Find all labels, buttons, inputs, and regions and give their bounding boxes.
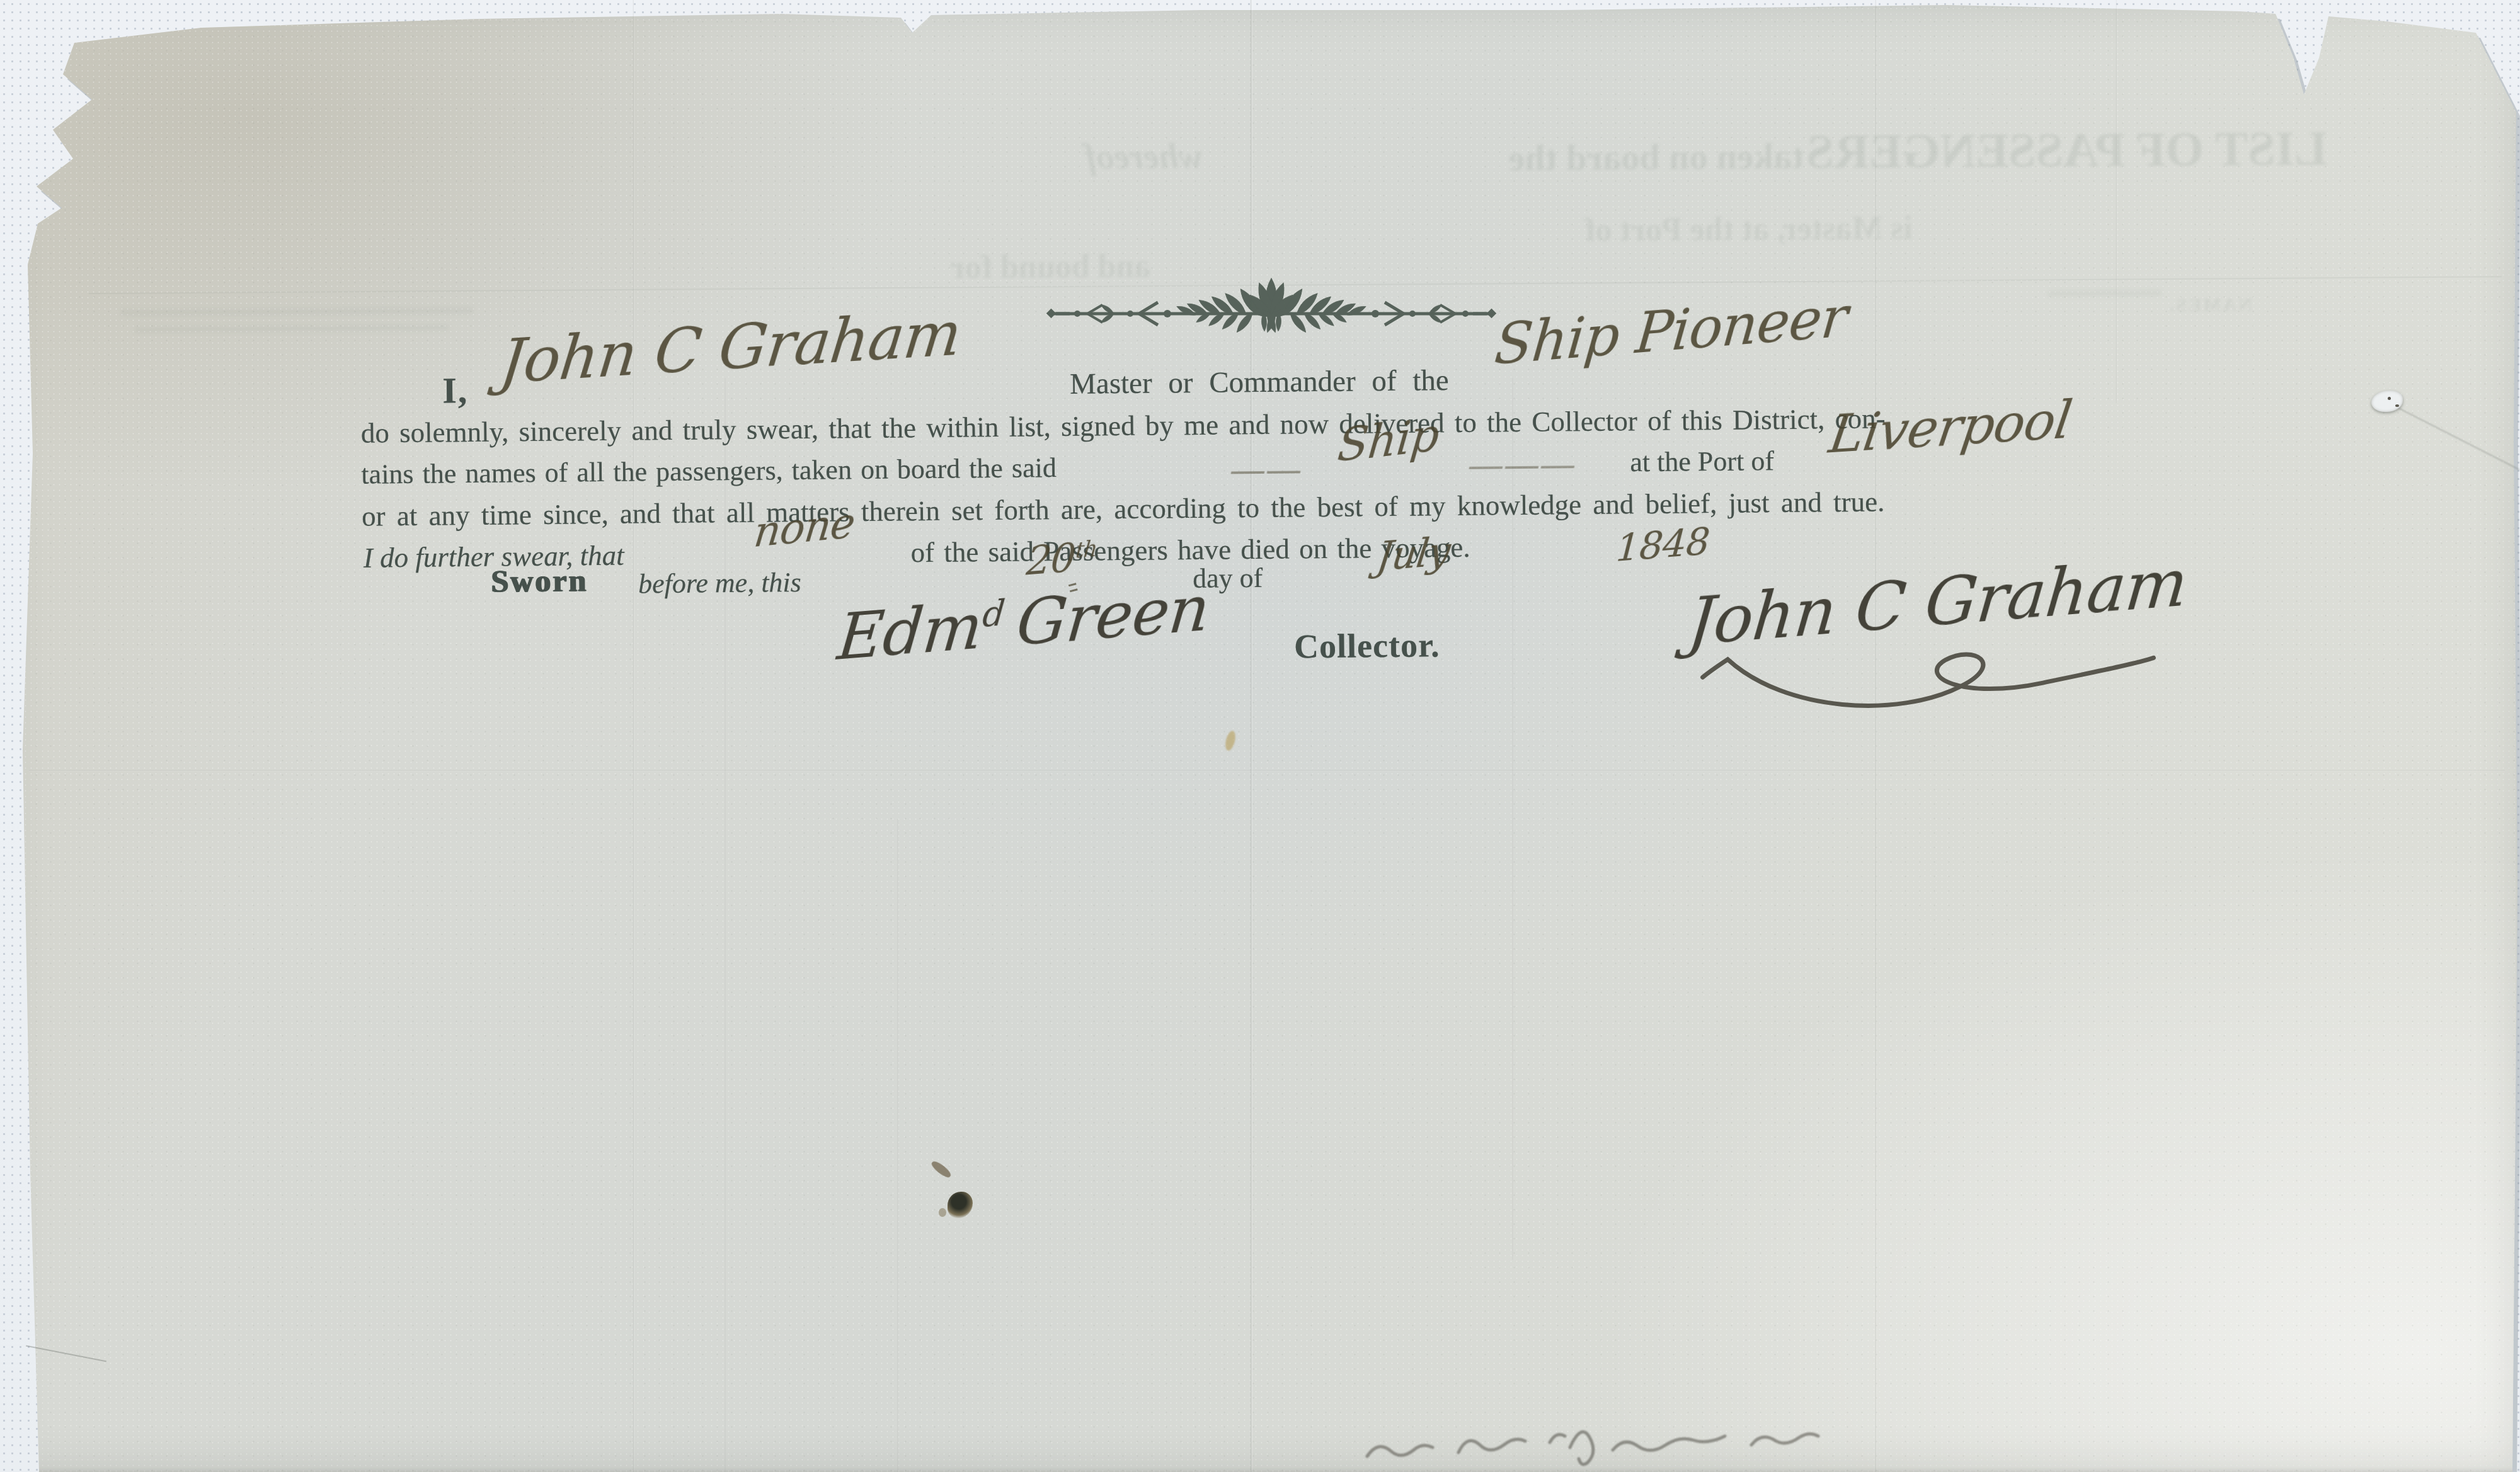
collector-signature-rest: Green — [1014, 571, 1213, 660]
bleedthrough-handwriting-fragment — [1348, 1416, 1865, 1472]
oath-text-block: I, John C Graham Master or Commander of … — [0, 0, 2520, 894]
day-number: 20 — [1024, 535, 1077, 585]
oath-line-swear: do solemnly, sincerely and truly swear, … — [361, 402, 1886, 449]
day-ordinal-suffix: th — [1075, 536, 1098, 563]
tear-hole-speck — [2388, 397, 2391, 400]
day-handwritten: 20th — [1024, 533, 1098, 585]
deaths-handwritten: none — [752, 498, 857, 557]
vessel-name-handwritten: Ship Pioneer — [1492, 284, 1850, 378]
handwritten-dash-right: ——— — [1467, 443, 1576, 487]
collector-signature-prefix: Edm — [835, 589, 985, 675]
before-me-italic: before me, this — [638, 566, 801, 600]
master-signature-flourish — [1690, 637, 2169, 724]
at-port-printed: at the Port of — [1630, 445, 1774, 478]
oath-opening-word: I, — [442, 369, 469, 411]
vessel-type-handwritten: Ship — [1336, 408, 1441, 473]
handwritten-dash-left: —— — [1229, 448, 1302, 491]
master-name-handwritten: John C Graham — [496, 298, 965, 397]
scanned-document-page: LIST OF PASSENGERS taken on board the wh… — [0, 0, 2520, 1472]
month-handwritten: July — [1374, 528, 1453, 580]
ink-blot-tail — [939, 1208, 946, 1217]
year-handwritten: 1848 — [1615, 519, 1710, 571]
port-handwritten: Liverpool — [1825, 390, 2075, 465]
tear-hole-speck — [2395, 404, 2399, 407]
bleedthrough-column-rule — [897, 819, 898, 1472]
oath-line-contains: tains the names of all the passengers, t… — [361, 452, 1057, 491]
collector-signature: EdmdGreen — [835, 571, 1213, 675]
master-title-printed: Master or Commander of the — [1070, 363, 1449, 401]
collector-title: Collector. — [1294, 625, 1440, 666]
collector-signature-superscript: d — [981, 592, 1006, 634]
sworn-word: Sworn — [491, 562, 588, 599]
